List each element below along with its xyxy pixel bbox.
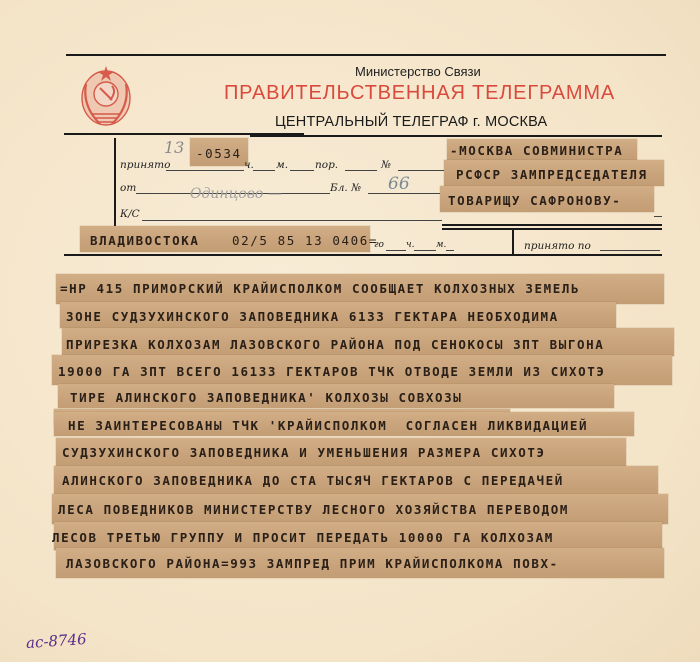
body-line-5: ТИРЕ АЛИНСКОГО ЗАПОВЕДНИКА' КОЛХОЗЫ СОВХ… xyxy=(70,390,462,405)
form-mid-rule xyxy=(442,224,662,226)
por-line xyxy=(345,170,377,171)
address-line-1: -МОСКВА СОВМИНИСТРА xyxy=(450,143,623,158)
number-label: № xyxy=(381,159,391,171)
accepted-by-line xyxy=(600,250,660,251)
accepted-by-divider xyxy=(512,230,514,254)
accepted-by-label: принято по xyxy=(524,240,591,252)
body-line-8: АЛИНСКОГО ЗАПОВЕДНИКА ДО СТА ТЫСЯЧ ГЕКТА… xyxy=(62,473,564,488)
origin-city: ВЛАДИВОСТОКА xyxy=(90,233,200,248)
form-mid-rule-right xyxy=(442,228,662,230)
form-left-border xyxy=(114,138,116,230)
minute-label: м. xyxy=(276,159,288,171)
accepted-line xyxy=(166,170,244,171)
handwritten-13: 13 xyxy=(164,138,184,157)
bl-value: 66 xyxy=(388,174,410,194)
government-telegram-title: ПРАВИТЕЛЬСТВЕННАЯ ТЕЛЕГРАММА xyxy=(224,82,615,105)
origin-code: 02/5 85 13 0406= xyxy=(232,233,378,248)
minute-line xyxy=(290,170,314,171)
ks-line xyxy=(142,220,442,221)
go-end-line xyxy=(446,250,454,251)
central-telegraph-office: ЦЕНТРАЛЬНЫЙ ТЕЛЕГРАФ г. МОСКВА xyxy=(275,114,547,130)
address-line-2: РСФСР ЗАМПРЕДСЕДАТЕЛЯ xyxy=(456,167,648,182)
body-line-4: 19000 ГА ЗПТ ВСЕГО 16133 ГЕКТАРОВ ТЧК ОТ… xyxy=(58,364,606,379)
accepted-label: принято xyxy=(120,159,170,171)
body-line-9: ЛЕСА ПОВЕДНИКОВ МИНИСТЕРСТВУ ЛЕСНОГО ХОЗ… xyxy=(58,502,569,517)
body-line-11: ЛАЗОВСКОГО РАЙОНА=993 ЗАМПРЕД ПРИМ КРАЙИ… xyxy=(66,556,559,571)
body-line-7: СУДЗУХИНСКОГО ЗАПОВЕДНИКА И УМЕНЬШЕНИЯ Р… xyxy=(62,445,546,460)
go-hour-line xyxy=(386,250,406,251)
go-minute-label: м. xyxy=(436,240,446,250)
body-line-2: ЗОНЕ СУДЗУХИНСКОГО ЗАПОВЕДНИКА 6133 ГЕКТ… xyxy=(66,309,559,324)
body-line-10: ЛЕСОВ ТРЕТЬЮ ГРУППУ И ПРОСИТ ПЕРЕДАТЬ 10… xyxy=(52,530,554,545)
from-label: от xyxy=(120,182,136,194)
address-line-end xyxy=(654,216,662,217)
top-rule xyxy=(66,54,666,56)
go-minute-line xyxy=(414,250,436,251)
form-bottom-rule xyxy=(64,254,662,256)
body-line-1: =НР 415 ПРИМОРСКИЙ КРАЙИСПОЛКОМ СООБЩАЕТ… xyxy=(60,281,580,296)
go-hour-label: ч. xyxy=(406,240,414,250)
por-label: пор. xyxy=(315,159,338,171)
hour-line xyxy=(253,170,275,171)
go-label: го xyxy=(374,240,384,250)
address-line-3: ТОВАРИЩУ САФРОНОВУ- xyxy=(448,193,621,208)
ministry-name: Министерство Связи xyxy=(0,64,700,79)
accepted-value: -0534 xyxy=(196,146,242,161)
number-line xyxy=(398,170,446,171)
body-line-3: ПРИРЕЗКА КОЛХОЗАМ ЛАЗОВСКОГО РАЙОНА ПОД … xyxy=(66,337,604,352)
body-line-6: НЕ ЗАИНТЕРЕСОВАНЫ ТЧК 'КРАЙИСПОЛКОМ СОГЛ… xyxy=(68,418,588,433)
bl-label: Бл. № xyxy=(330,182,361,194)
header-rule-right xyxy=(250,135,662,137)
ks-label: К/С xyxy=(120,208,140,220)
from-handwritten: Одинцово — xyxy=(190,186,282,202)
